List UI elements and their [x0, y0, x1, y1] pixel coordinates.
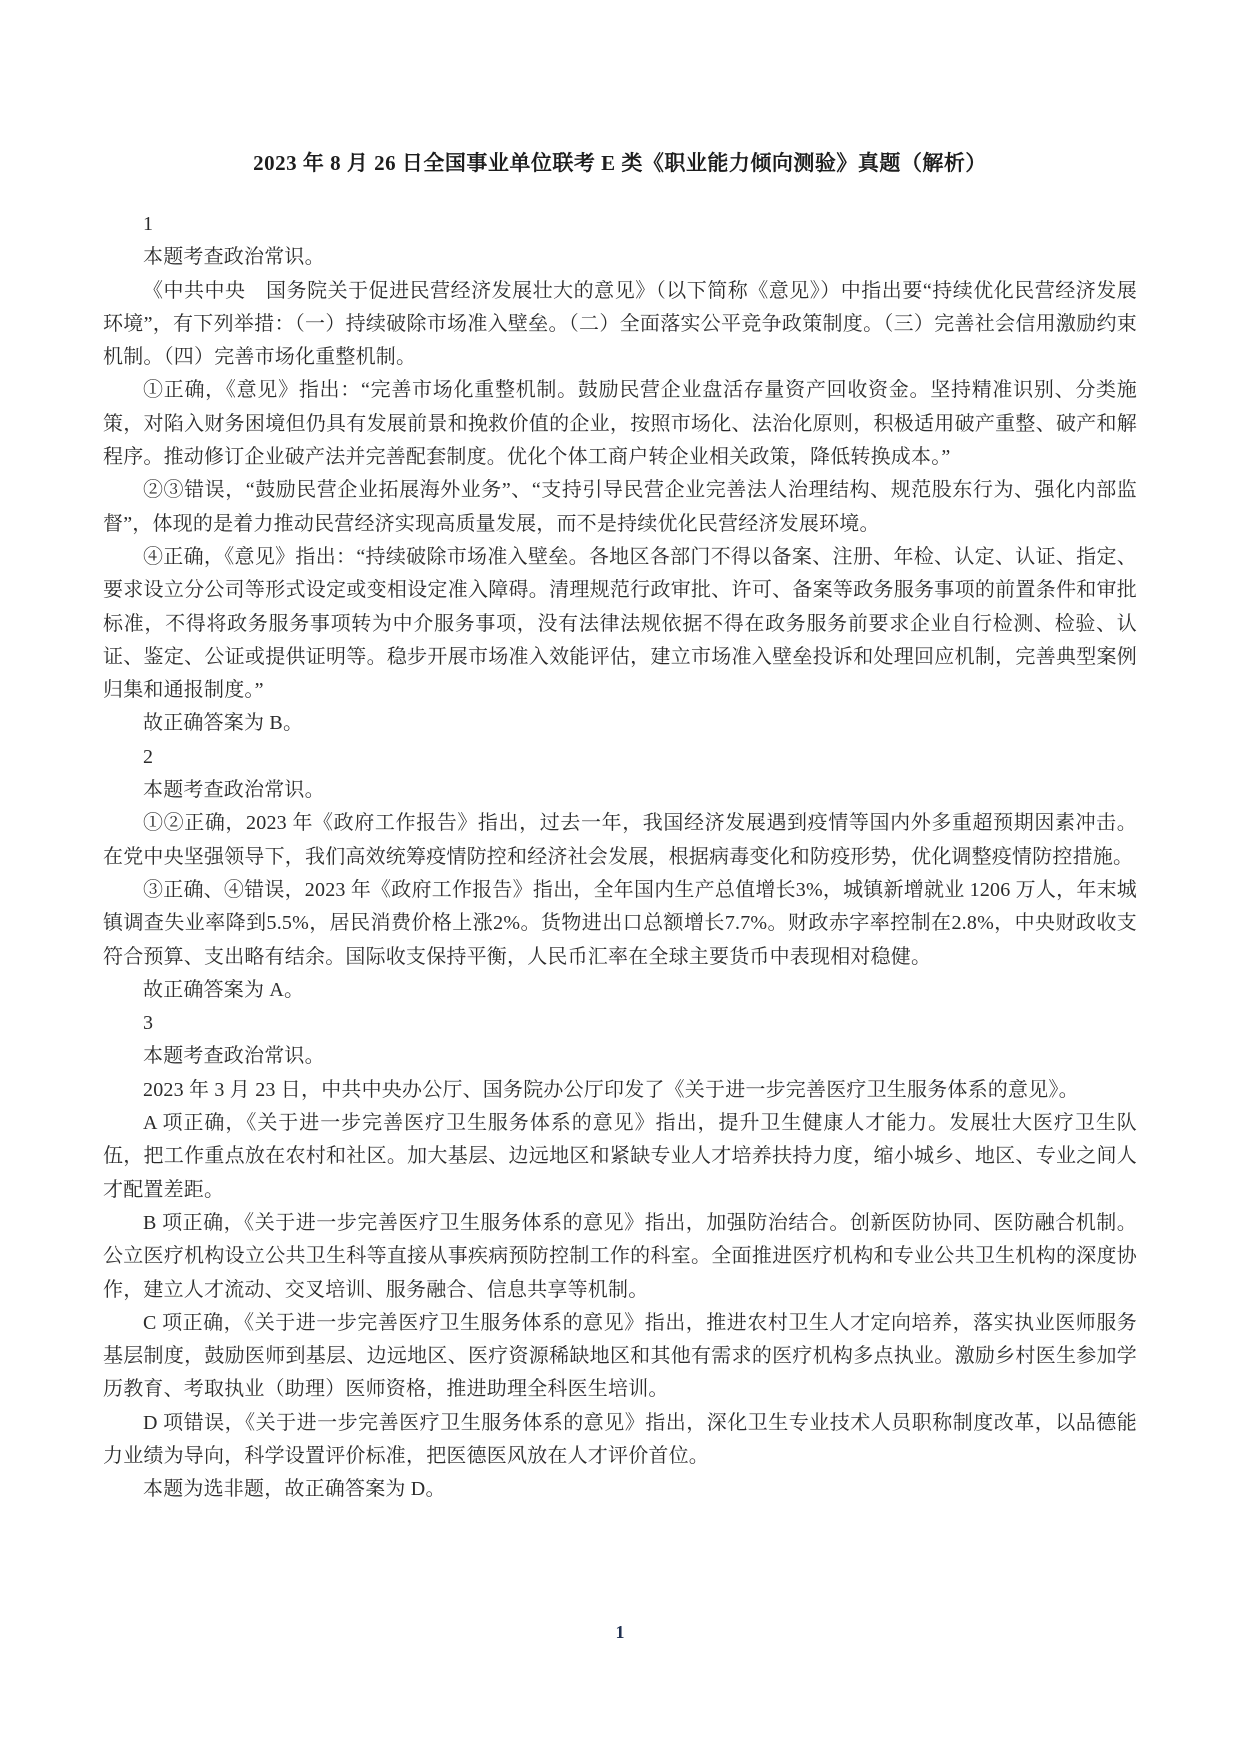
- paragraph: ①②正确，2023 年《政府工作报告》指出，过去一年，我国经济发展遇到疫情等国内…: [103, 807, 1137, 874]
- paragraph: 本题考查政治常识。: [103, 241, 1137, 274]
- paragraph: 本题考查政治常识。: [103, 774, 1137, 807]
- paragraph: ③正确、④错误，2023 年《政府工作报告》指出，全年国内生产总值增长3%，城镇…: [103, 874, 1137, 974]
- paragraph: 本题考查政治常识。: [103, 1040, 1137, 1073]
- question-number: 2: [103, 741, 1137, 774]
- paragraph: ②③错误，“鼓励民营企业拓展海外业务”、“支持引导民营企业完善法人治理结构、规范…: [103, 474, 1137, 541]
- paragraph: C 项正确，《关于进一步完善医疗卫生服务体系的意见》指出，推进农村卫生人才定向培…: [103, 1307, 1137, 1407]
- paragraph: A 项正确，《关于进一步完善医疗卫生服务体系的意见》指出，提升卫生健康人才能力。…: [103, 1107, 1137, 1207]
- question-number: 3: [103, 1007, 1137, 1040]
- question-block-3: 3 本题考查政治常识。 2023 年 3 月 23 日，中共中央办公厅、国务院办…: [103, 1007, 1137, 1506]
- paragraph: D 项错误，《关于进一步完善医疗卫生服务体系的意见》指出，深化卫生专业技术人员职…: [103, 1407, 1137, 1474]
- paragraph: 2023 年 3 月 23 日，中共中央办公厅、国务院办公厅印发了《关于进一步完…: [103, 1074, 1137, 1107]
- document-page: 2023 年 8 月 26 日全国事业单位联考 E 类《职业能力倾向测验》真题（…: [0, 0, 1240, 1754]
- question-number: 1: [103, 208, 1137, 241]
- paragraph: 《中共中央 国务院关于促进民营经济发展壮大的意见》（以下简称《意见》）中指出要“…: [103, 275, 1137, 375]
- page-number: 1: [616, 1622, 625, 1642]
- paragraph: B 项正确，《关于进一步完善医疗卫生服务体系的意见》指出，加强防治结合。创新医防…: [103, 1207, 1137, 1307]
- paragraph: ④正确，《意见》指出：“持续破除市场准入壁垒。各地区各部门不得以备案、注册、年检…: [103, 541, 1137, 707]
- answer-line: 故正确答案为 A。: [103, 974, 1137, 1007]
- question-block-1: 1 本题考查政治常识。 《中共中央 国务院关于促进民营经济发展壮大的意见》（以下…: [103, 208, 1137, 741]
- page-footer: 1: [0, 1622, 1240, 1643]
- paragraph: ①正确，《意见》指出：“完善市场化重整机制。鼓励民营企业盘活存量资产回收资金。坚…: [103, 374, 1137, 474]
- document-title: 2023 年 8 月 26 日全国事业单位联考 E 类《职业能力倾向测验》真题（…: [103, 150, 1137, 176]
- answer-line: 故正确答案为 B。: [103, 707, 1137, 740]
- question-block-2: 2 本题考查政治常识。 ①②正确，2023 年《政府工作报告》指出，过去一年，我…: [103, 741, 1137, 1007]
- answer-line: 本题为选非题，故正确答案为 D。: [103, 1473, 1137, 1506]
